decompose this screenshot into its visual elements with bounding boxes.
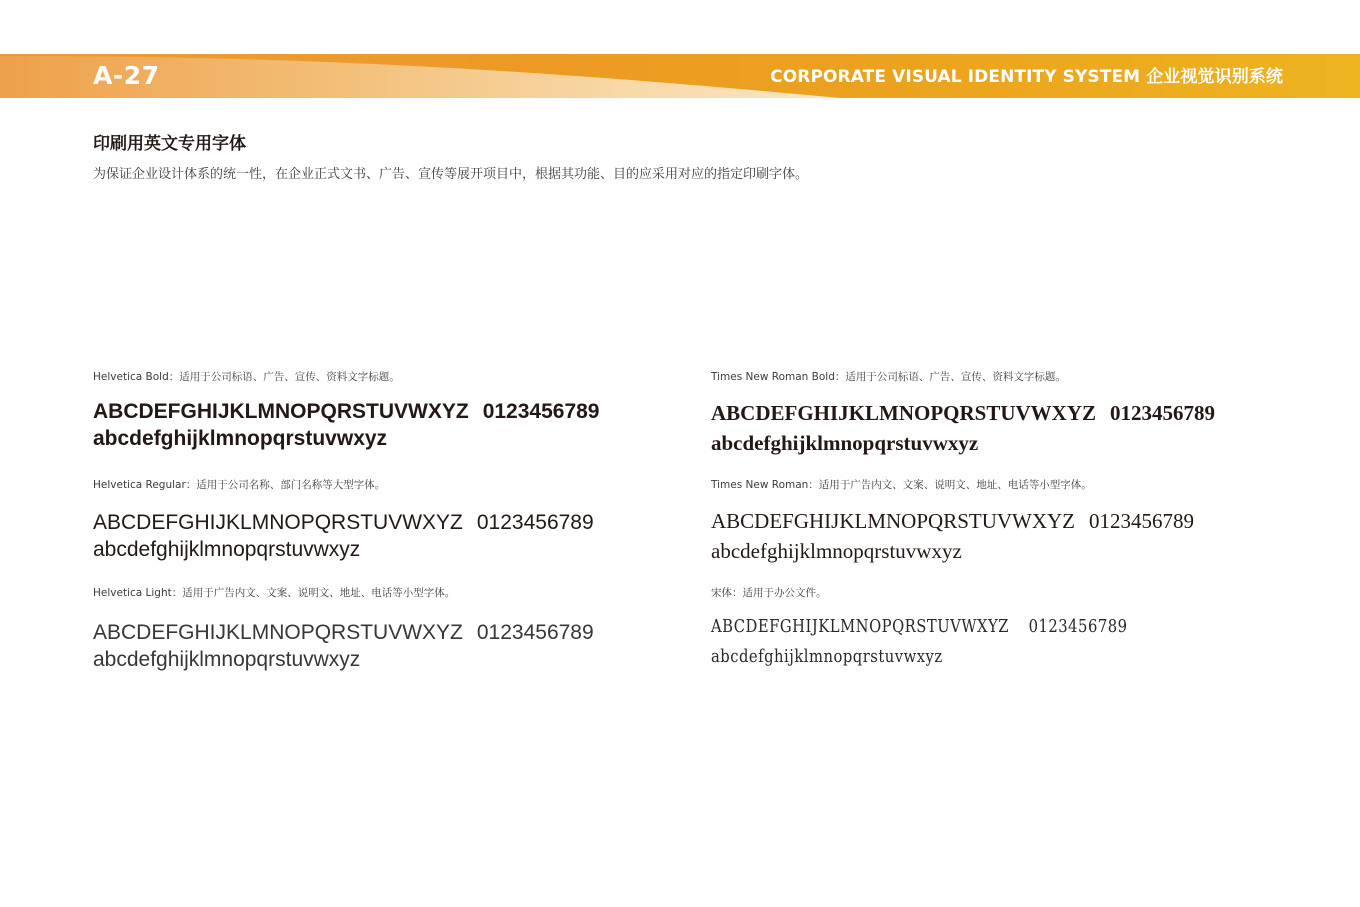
specimen-uppercase-line: ABCDEFGHIJKLMNOPQRSTUVWXYZ0123456789 — [93, 398, 599, 425]
specimen-digits: 0123456789 — [483, 400, 600, 423]
specimen-helvetica-regular: Helvetica Regular：适用于公司名称、部门名称等大型字体。 ABC… — [93, 478, 594, 563]
specimen-lowercase: abcdefghijklmnopqrstuvwxyz — [711, 536, 1194, 566]
specimen-uppercase: ABCDEFGHIJKLMNOPQRSTUVWXYZ — [93, 511, 463, 534]
specimen-caption: Times New Roman：适用于广告内文、文案、说明文、地址、电话等小型字… — [711, 478, 1194, 492]
specimen-caption: 宋体：适用于办公文件。 — [711, 586, 1219, 600]
specimen-times-bold: Times New Roman Bold：适用于公司标语、广告、宣传、资料文字标… — [711, 370, 1215, 458]
page-code: A-27 — [93, 61, 160, 91]
specimen-times-regular: Times New Roman：适用于广告内文、文案、说明文、地址、电话等小型字… — [711, 478, 1194, 566]
specimen-caption: Helvetica Regular：适用于公司名称、部门名称等大型字体。 — [93, 478, 594, 492]
specimen-digits: 0123456789 — [1089, 509, 1194, 533]
specimen-digits: 0123456789 — [477, 621, 594, 644]
specimen-uppercase-line: ABCDEFGHIJKLMNOPQRSTUVWXYZ0123456789 — [711, 612, 1127, 642]
specimen-lowercase: abcdefghijklmnopqrstuvwxyz — [93, 536, 594, 563]
system-title: CORPORATE VISUAL IDENTITY SYSTEM 企业视觉识别系… — [770, 66, 1283, 88]
specimen-lowercase: abcdefghijklmnopqrstuvwxyz — [93, 646, 594, 673]
specimen-caption: Helvetica Light：适用于广告内文、文案、说明文、地址、电话等小型字… — [93, 586, 594, 600]
specimen-uppercase-line: ABCDEFGHIJKLMNOPQRSTUVWXYZ0123456789 — [711, 506, 1194, 536]
specimen-uppercase: ABCDEFGHIJKLMNOPQRSTUVWXYZ — [711, 509, 1075, 533]
specimen-uppercase: ABCDEFGHIJKLMNOPQRSTUVWXYZ — [93, 400, 469, 423]
specimen-helvetica-light: Helvetica Light：适用于广告内文、文案、说明文、地址、电话等小型字… — [93, 586, 594, 673]
specimen-caption: Times New Roman Bold：适用于公司标语、广告、宣传、资料文字标… — [711, 370, 1215, 384]
specimen-uppercase: ABCDEFGHIJKLMNOPQRSTUVWXYZ — [711, 401, 1096, 425]
specimen-songti: 宋体：适用于办公文件。 ABCDEFGHIJKLMNOPQRSTUVWXYZ01… — [711, 586, 1219, 672]
specimen-helvetica-bold: Helvetica Bold：适用于公司标语、广告、宣传、资料文字标题。 ABC… — [93, 370, 599, 452]
specimen-digits: 0123456789 — [477, 511, 594, 534]
specimen-lowercase: abcdefghijklmnopqrstuvwxyz — [93, 425, 599, 452]
section-description: 为保证企业设计体系的统一性，在企业正式文书、广告、宣传等展开项目中，根据其功能、… — [93, 166, 808, 184]
specimen-caption: Helvetica Bold：适用于公司标语、广告、宣传、资料文字标题。 — [93, 370, 599, 384]
specimen-uppercase-line: ABCDEFGHIJKLMNOPQRSTUVWXYZ0123456789 — [711, 398, 1215, 428]
specimen-uppercase-line: ABCDEFGHIJKLMNOPQRSTUVWXYZ0123456789 — [93, 509, 594, 536]
specimen-uppercase: ABCDEFGHIJKLMNOPQRSTUVWXYZ — [93, 621, 463, 644]
specimen-digits: 0123456789 — [1029, 616, 1128, 637]
specimen-lowercase: abcdefghijklmnopqrstuvwxyz — [711, 428, 1215, 458]
specimen-uppercase-line: ABCDEFGHIJKLMNOPQRSTUVWXYZ0123456789 — [93, 619, 594, 646]
specimen-digits: 0123456789 — [1110, 401, 1215, 425]
specimen-uppercase: ABCDEFGHIJKLMNOPQRSTUVWXYZ — [711, 616, 1009, 637]
specimen-lowercase: abcdefghijklmnopqrstuvwxyz — [711, 642, 1127, 672]
section-title: 印刷用英文专用字体 — [93, 133, 246, 155]
